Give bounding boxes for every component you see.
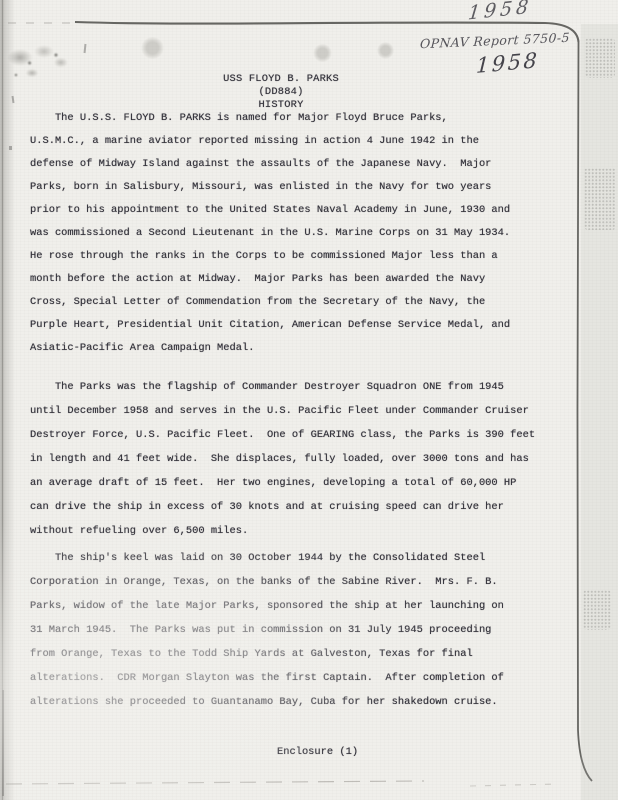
text-line: Destroyer Force, U.S. Pacific Fleet. One… [30,423,535,447]
text-line: U.S.M.C., a marine aviator reported miss… [30,130,510,153]
faded-stamp-smudge [0,35,80,85]
edge-texture-patch [585,38,615,78]
paper-stain [141,37,164,59]
edge-texture-patch [583,590,611,630]
paragraph-construction-commissioning: The ship's keel was laid on 30 October 1… [30,546,504,714]
text-line: The U.S.S. FLOYD B. PARKS is named for M… [30,107,510,130]
text-line: The Parks was the flagship of Commander … [30,375,535,399]
paper-stain [313,44,332,62]
paragraph-namesake: The U.S.S. FLOYD B. PARKS is named for M… [30,107,510,360]
text-line: alterations she proceeded to Guantanamo … [30,690,504,714]
document-title: USS FLOYD B. PARKS (DD884) [199,73,363,99]
paper-stain [377,42,394,59]
text-line: Asiatic-Pacific Area Campaign Medal. [30,337,510,360]
left-edge-shadow [0,0,15,800]
edge-texture-patch [584,168,616,230]
text-line: prior to his appointment to the United S… [30,199,510,222]
paragraph-ship-characteristics: The Parks was the flagship of Commander … [30,375,535,543]
text-line: Purple Heart, Presidential Unit Citation… [30,314,510,337]
text-line: month before the action at Midway. Major… [30,268,510,291]
pencil-mark [9,146,12,150]
text-line: without refueling over 6,500 miles. [30,519,535,543]
text-line: Corporation in Orange, Texas, on the ban… [30,570,504,594]
text-line: an average draft of 15 feet. Her two eng… [30,471,535,495]
text-line: from Orange, Texas to the Todd Ship Yard… [30,642,504,666]
text-line: was commissioned a Second Lieutenant in … [30,222,510,245]
text-line: Parks, born in Salisbury, Missouri, was … [30,176,510,199]
text-line: defense of Midway Island against the ass… [30,153,510,176]
text-line: He rose through the ranks in the Corps t… [30,245,510,268]
text-line: Cross, Special Letter of Commendation fr… [30,291,510,314]
text-line: until December 1958 and serves in the U.… [30,399,535,423]
text-line: alterations. CDR Morgan Slayton was the … [30,666,504,690]
text-line: Parks, widow of the late Major Parks, sp… [30,594,504,618]
text-line: The ship's keel was laid on 30 October 1… [30,546,504,570]
enclosure-footnote: Enclosure (1) [277,746,358,758]
text-line: 31 March 1945. The Parks was put in comm… [30,618,504,642]
text-line: in length and 41 feet wide. She displace… [30,447,535,471]
scanned-document-page: 1958 OPNAV Report 5750-5 1958 USS FLOYD … [0,0,618,800]
text-line: can drive the ship in excess of 30 knots… [30,495,535,519]
right-margin-tint [581,24,618,800]
